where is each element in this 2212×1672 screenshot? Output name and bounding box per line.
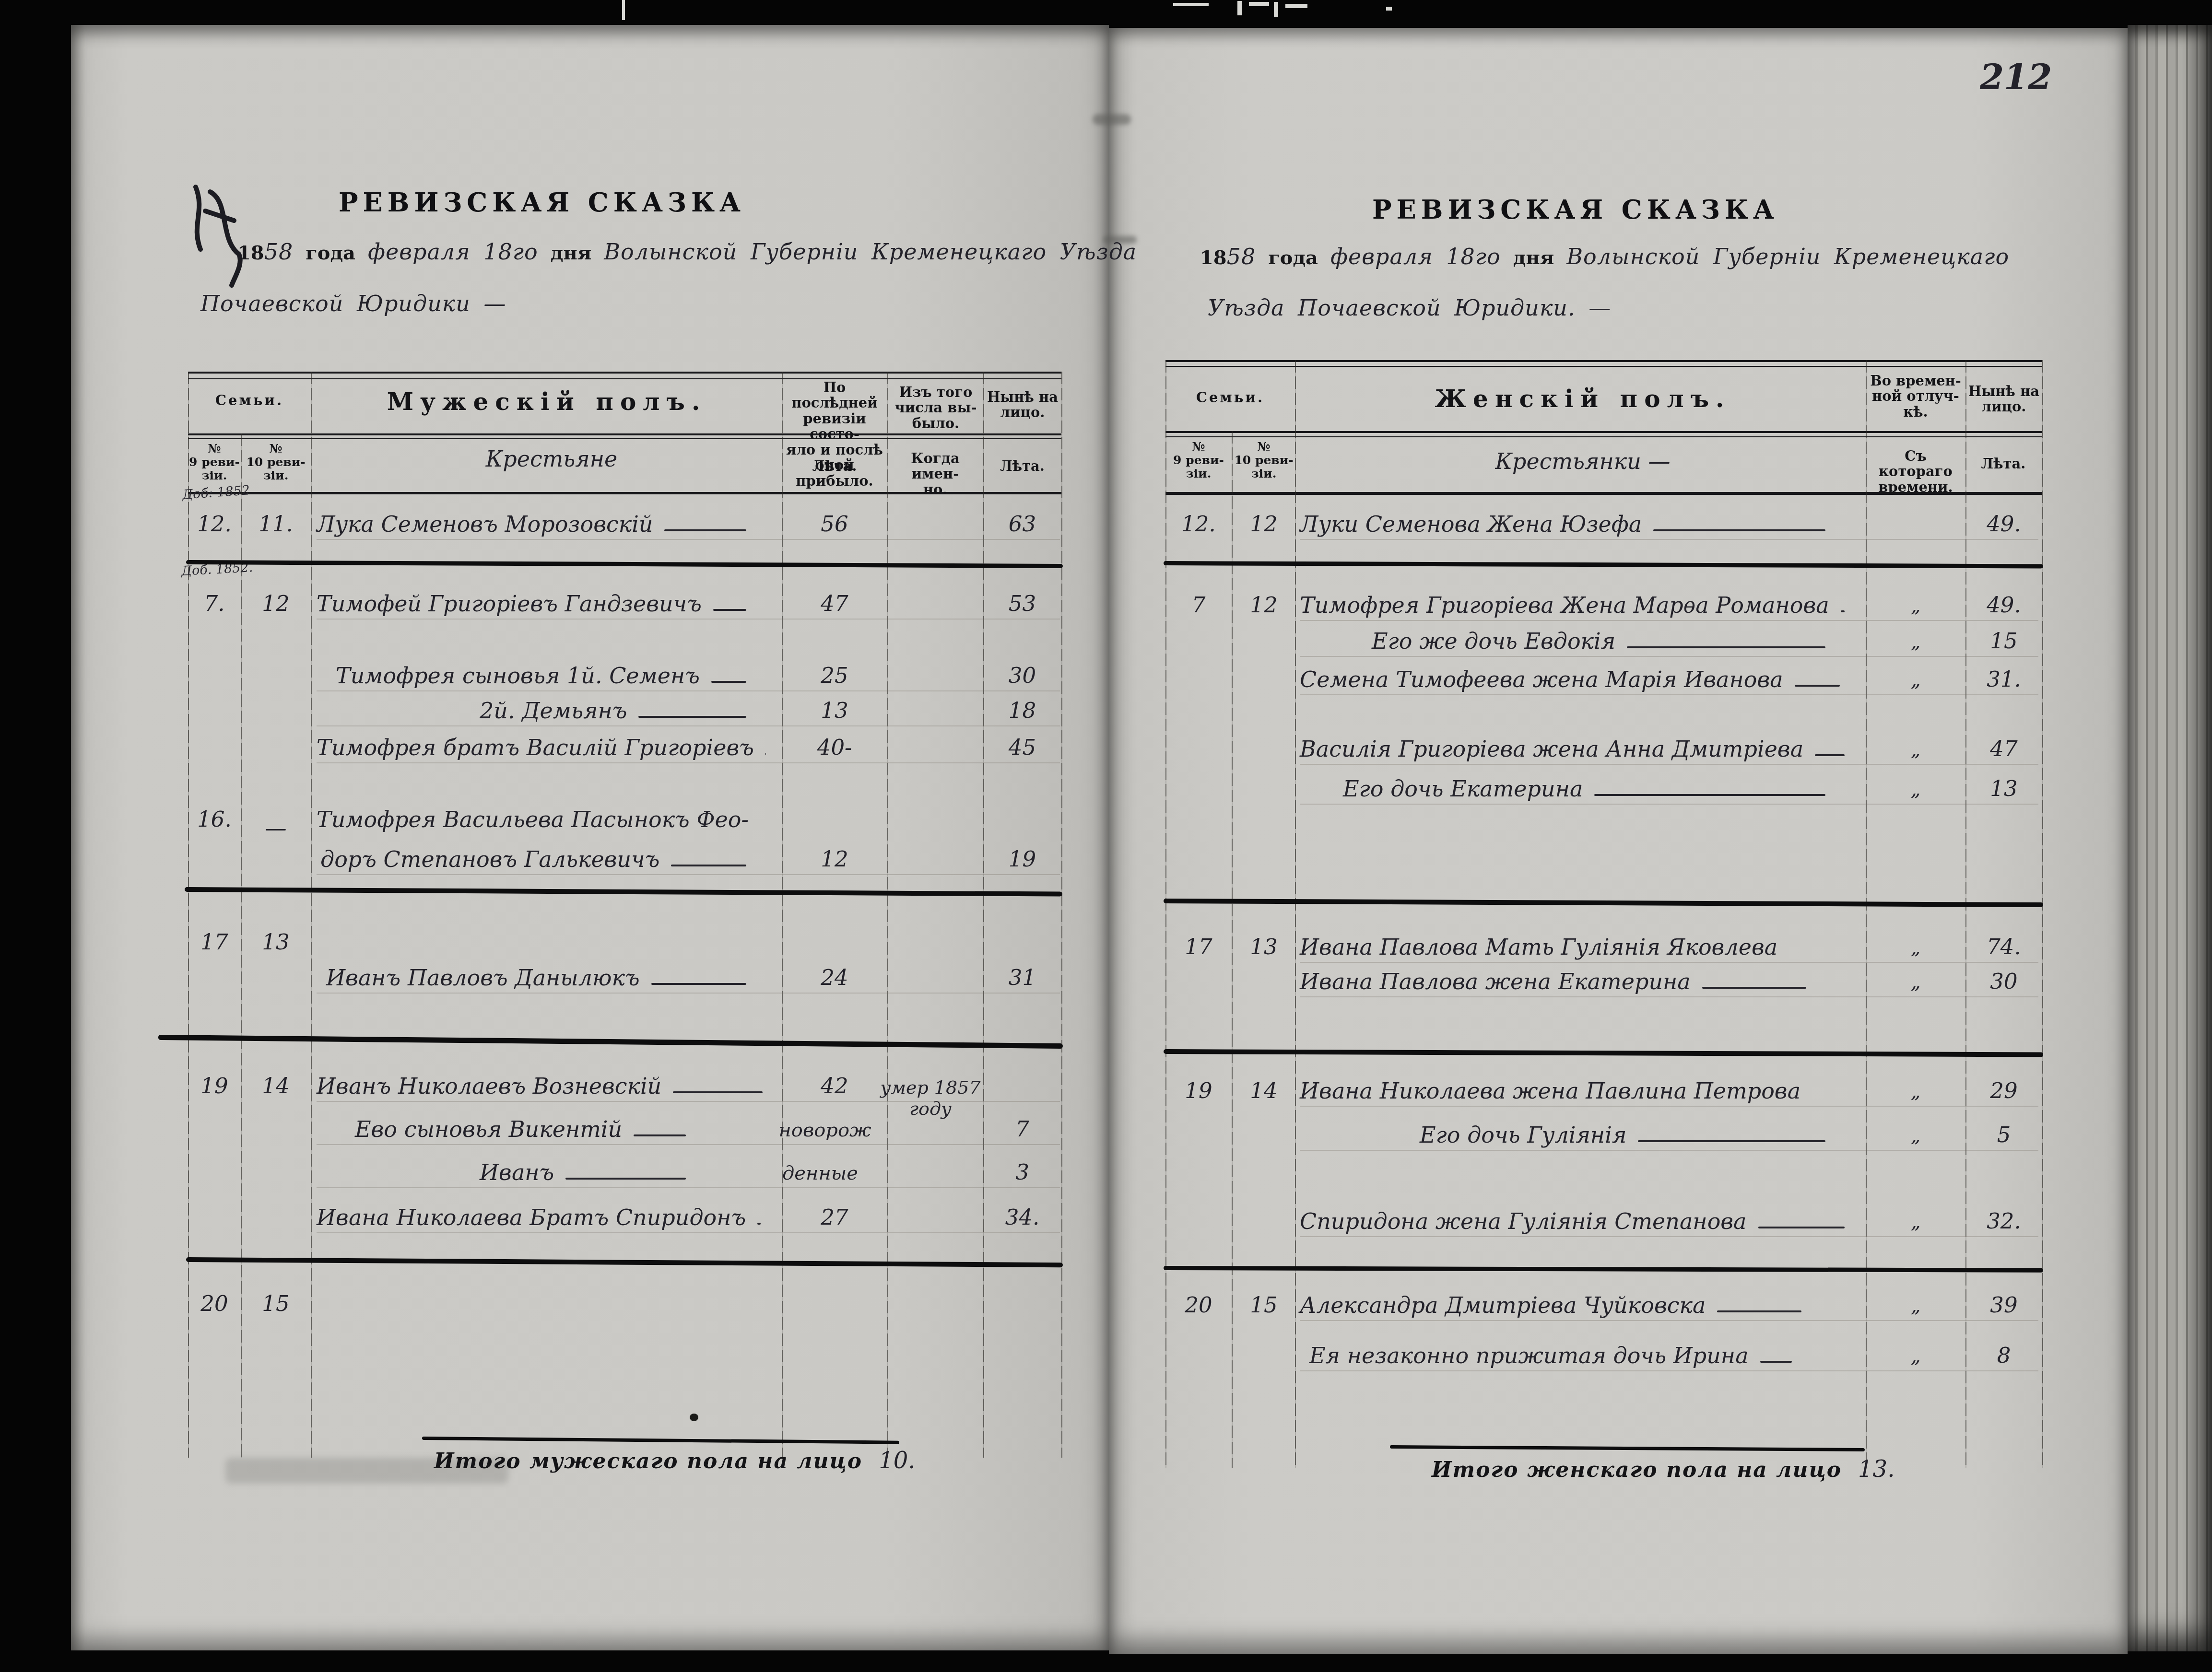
scan-artifact [622,0,625,20]
cell-age-now: 34. [983,1204,1061,1230]
cell-age: 32. [1965,1208,2042,1234]
footer-value: 10. [879,1447,915,1474]
cell-age-prev: 13 [782,698,887,723]
cell-rev10: 11. [242,511,309,537]
scanned-document: РЕВИЗСКАЯ СКАЗКА 1858 года февраля 18го … [0,0,2212,1672]
hw-year: 58 [264,239,294,265]
cell-age: 13 [1965,776,2042,801]
cell-since: „ [1866,778,1965,800]
person-name: доръ Степановъ Галькевичъ [320,846,659,872]
cell-since: „ [1866,1080,1965,1102]
cell-name: Тимофей Григоріевъ Гандзевичъ [317,591,780,617]
scan-artifact [1237,1,1242,15]
ink-underline [757,1223,761,1225]
cell-age: 74. [1965,934,2042,959]
cell-rev10: — [242,815,309,841]
cell-age-prev: 40- [782,735,887,760]
cell-name: Тимофрея сыновья 1й. Семенъ [336,663,780,689]
ink-underline [1758,1227,1845,1228]
cell-rev9: 19 [1165,1078,1232,1103]
table-border [188,372,1061,374]
cell-name: Ивана Павлова жена Екатерина [1300,969,1859,994]
guide-line [1300,1236,2038,1237]
person-name: Василія Григоріева жена Анна Дмитріева [1300,736,1803,762]
person-name: Ивана Павлова Мать Гуліянія Яковлева [1300,934,1777,960]
printed-goda: года [306,242,355,264]
cell-rev10: 13 [242,929,309,955]
cell-name: Семена Тимофеева жена Марія Иванова [1300,666,1859,692]
guide-line [317,762,1060,763]
cell-age-prev: 24 [782,965,887,990]
cell-name: Иванъ Павловъ Данылюкъ [326,965,780,991]
ink-underline [711,681,746,683]
header-departed: Изъ того числа вы- было. [890,385,982,431]
cell-name: Ивана Николаева Братъ Спиридонъ [317,1204,780,1230]
cell-name: Тимофрея Васильева Пасынокъ Фео- [317,807,780,832]
printed-goda: года [1268,246,1318,269]
printed-year-prefix: 18 [237,242,264,264]
cell-since: „ [1866,738,1965,760]
cell-name: Александра Дмитріева Чуйковска [1300,1292,1859,1318]
header-rev9: № 9 реви- зіи. [1165,440,1232,480]
header-rev9: № 9 реви- зіи. [188,442,241,482]
guide-line [1300,539,2038,540]
footer-label: Итого женскаго пола на лицо [1432,1458,1842,1482]
header-sex: Мужескій полъ. [317,387,777,416]
cell-age-prev: 56 [782,511,887,537]
header-years-prev: Лѣта. [782,458,887,474]
cell-age: 49. [1965,592,2042,618]
printed-year-prefix: 18 [1200,246,1227,269]
cell-age-now: 3 [983,1159,1061,1185]
guide-line [1300,694,2038,695]
ink-underline [1627,646,1825,648]
cell-age-now: 19 [983,846,1061,872]
ink-underline [1815,754,1845,756]
cell-rev9: 7 [1165,592,1232,618]
cell-since: „ [1866,936,1965,959]
right-date-line2: Уѣзда Почаевской Юридики. — [1208,295,1611,321]
table-border [188,378,1061,379]
cell-age-now: 63 [983,511,1061,537]
cell-age-now: 7 [983,1116,1061,1142]
cell-name: Ивана Павлова Мать Гуліянія Яковлева [1300,934,1859,960]
person-name: Спиридона жена Гуліянія Степанова [1300,1208,1747,1234]
header-category-hw: Крестьяне [384,446,719,472]
cell-rev10: 15 [242,1291,309,1316]
person-name: Тимофей Григоріевъ Гандзевичъ [317,591,702,617]
cell-age-prev: 47 [782,591,887,616]
cell-age: 47 [1965,736,2042,761]
cell-rev9: 12. [1165,511,1232,537]
ink-underline [664,529,746,531]
table-border [1165,360,2042,362]
cell-name: Ево сыновья Викентій [355,1116,691,1142]
guide-line [317,1144,1060,1145]
cell-age-now: 31 [983,965,1061,990]
person-name: Тимофрея братъ Василій Григоріевъ [317,735,754,760]
person-name: Ея незаконно прижитая дочь Ирина [1309,1343,1749,1368]
ink-scribble [186,182,263,292]
cell-age-prev: денные [758,1162,882,1184]
cell-rev9: 17 [1165,934,1232,959]
header-present: Нынѣ на лицо. [1966,384,2041,415]
cell-rev9: 20 [1165,1292,1232,1318]
cell-since: „ [1866,1345,1965,1367]
person-name: Ивана Николаева жена Павлина Петрова [1300,1078,1800,1104]
cell-age: 5 [1965,1122,2042,1147]
guide-line [1300,1370,2038,1371]
hw-year: 58 [1227,244,1256,269]
cell-name: Иванъ Николаевъ Возневскій [317,1073,780,1099]
ink-blot [690,1414,698,1421]
cell-age: 30 [1965,969,2042,994]
person-name: 2й. Демьянъ [480,698,627,724]
hw-place: Волынской Губерніи Кременецкаго Уѣзда [604,239,1137,265]
cell-age: 49. [1965,511,2042,537]
ink-underline [713,609,746,611]
cell-name: Тимофрея братъ Василій Григоріевъ [317,735,780,760]
cell-rev10: 14 [1233,1078,1295,1103]
cell-name: 2й. Демьянъ [480,698,780,724]
cell-age: 8 [1965,1343,2042,1368]
person-name: Лука Семеновъ Морозовскій [317,511,653,537]
cell-rev10: 14 [242,1073,309,1099]
cell-name: Его же дочь Евдокія [1372,628,1859,654]
guide-line [317,993,1060,994]
left-title: РЕВИЗСКАЯ СКАЗКА [269,187,815,218]
ink-underline [1760,1361,1792,1363]
hw-place: Волынской Губерніи Кременецкаго [1566,244,2009,269]
guide-line [317,1187,1060,1188]
ink-underline [1717,1310,1801,1312]
cell-age-now: 18 [983,698,1061,723]
person-name: Иванъ Павловъ Данылюкъ [326,965,640,991]
scan-artifact [1285,4,1307,8]
cell-rev10: 15 [1233,1292,1295,1318]
ink-underline [565,1178,686,1180]
hw-month-day: февраля 18го [368,239,538,265]
person-name: Его дочь Екатерина [1343,776,1583,802]
header-present: Нынѣ на лицо. [984,389,1061,421]
header-when: Когда имен- но. [888,451,982,497]
guide-line [1300,656,2038,657]
footer-value: 13. [1858,1456,1894,1483]
cell-rev10: 12 [1233,592,1295,618]
hw-month-day: февраля 18го [1330,244,1501,269]
table-border [188,433,1061,435]
header-since: Съ котораго времени. [1867,448,1965,495]
header-family: Семьи. [1165,389,1295,406]
person-name: Тимофрея сыновья 1й. Семенъ [336,663,700,689]
cell-name: Его дочь Гуліянія [1420,1122,1859,1148]
person-name: Его же дочь Евдокія [1372,628,1615,654]
column-line [1061,372,1062,1458]
left-date-line: 1858 года февраля 18го дня Волынской Губ… [237,239,1137,265]
cell-since: „ [1866,1295,1965,1317]
column-line [311,372,312,1458]
left-date-line2: Почаевской Юридики — [200,291,506,316]
person-name: Ивана Николаева Братъ Спиридонъ [317,1204,746,1230]
cell-name: Иванъ [480,1159,691,1185]
table-border [1165,436,2042,437]
guide-line [1300,620,2038,621]
guide-line [317,619,1060,620]
person-name: Ивана Павлова жена Екатерина [1300,969,1691,994]
header-rev10: № 10 реви- зіи. [1233,440,1295,480]
cell-since: „ [1866,669,1965,691]
ink-underline [1841,610,1845,612]
cell-since: „ [1866,971,1965,993]
ink-underline [1795,685,1840,687]
cell-since: „ [1866,631,1965,653]
footer-label: Итого мужескаго пола на лицо [434,1449,862,1473]
guide-line [1300,996,2038,997]
cell-age-now: 45 [983,735,1061,760]
ink-underline [1638,1140,1825,1142]
table-border [1165,366,2042,367]
guide-line [1300,1106,2038,1107]
table-border [188,438,1061,439]
right-title: РЕВИЗСКАЯ СКАЗКА [1295,194,1856,225]
cell-rev9: 16. [188,807,241,832]
cell-name: Ея незаконно прижитая дочь Ирина [1309,1343,1859,1368]
cell-rev9: 19 [188,1073,241,1099]
column-line [1295,360,1296,1468]
person-name: Луки Семенова Жена Юзефа [1300,511,1642,537]
guide-line [317,725,1060,726]
header-years-now: Лѣта. [983,458,1061,474]
guide-line [317,1101,1060,1102]
person-name: Семена Тимофеева жена Марія Иванова [1300,666,1783,692]
scan-artifact [1386,7,1392,11]
guide-line [1300,1320,2038,1321]
person-name: Ево сыновья Викентій [355,1116,622,1142]
ink-underline [1702,987,1806,989]
printed-dnya: дня [1513,246,1554,269]
person-name: Тимофрея Васильева Пасынокъ Фео- [317,807,749,832]
cell-name: Василія Григоріева жена Анна Дмитріева [1300,736,1859,762]
cell-age: 39 [1965,1292,2042,1318]
ink-underline [1594,794,1825,796]
scan-artifact [1173,3,1209,6]
cell-age-now: 30 [983,663,1061,688]
header-family: Семьи. [188,392,311,409]
cell-name: Лука Семеновъ Морозовскій [317,511,780,537]
cell-departed-when: умер 1857 году [859,1077,1002,1119]
scan-artifact [1274,2,1278,17]
ink-underline [651,983,746,985]
ink-underline [671,865,746,866]
cell-age-prev: 27 [782,1204,887,1230]
cell-since: „ [1866,1211,1965,1233]
cell-age: 31. [1965,666,2042,692]
cell-age: 15 [1965,628,2042,654]
header-category-hw: Крестьянки — [1391,448,1775,474]
person-name: Иванъ [480,1159,554,1185]
cell-age-prev: новорож [763,1119,887,1141]
page-edge-stack [2128,25,2212,1651]
column-line [2042,360,2043,1468]
cell-rev9: 12. [188,511,241,537]
cell-name: доръ Степановъ Галькевичъ [320,846,780,872]
guide-line [317,874,1060,875]
ink-underline [1653,529,1825,531]
printed-dnya: дня [551,242,592,264]
hw-place2: Почаевской Юридики — [200,291,506,316]
guide-line [1300,1150,2038,1151]
ink-underline [638,716,746,718]
table-border [1165,431,2042,433]
guide-line [317,539,1060,540]
person-name: Иванъ Николаевъ Возневскій [317,1073,661,1099]
column-line [241,433,242,1458]
guide-line [1300,962,2038,963]
cell-name: Ивана Николаева жена Павлина Петрова [1300,1078,1859,1104]
header-absence: Во времен- ной отлуч- кѣ. [1867,373,1965,420]
cell-rev10: 12 [242,591,309,616]
hw-place2: Уѣзда Почаевской Юридики. — [1208,295,1611,321]
scan-artifact [1249,2,1269,6]
guide-line [1300,804,2038,805]
guide-line [317,690,1060,691]
cell-rev10: 12 [1233,511,1295,537]
header-years: Лѣта. [1965,456,2041,472]
cell-age-prev: 25 [782,663,887,688]
cell-name: Луки Семенова Жена Юзефа [1300,511,1859,537]
left-footer: Итого мужескаго пола на лицо 10. [434,1447,915,1474]
header-rev10: № 10 реви- зіи. [242,442,310,482]
cell-age-prev: 12 [782,846,887,872]
cell-since: „ [1866,595,1965,617]
right-page [1109,28,2128,1654]
person-name: Его дочь Гуліянія [1420,1122,1626,1148]
ink-underline [673,1091,763,1093]
cell-rev9: 7. [188,591,241,616]
cell-name: Спиридона жена Гуліянія Степанова [1300,1208,1859,1234]
right-date-line: 1858 года февраля 18го дня Волынской Губ… [1200,244,2009,269]
cell-name: Тимофрея Григоріева Жена Марѳа Романова [1300,592,1859,618]
cell-since: „ [1866,1124,1965,1146]
binding-smudge [1093,114,1131,125]
person-name: Тимофрея Григоріева Жена Марѳа Романова [1300,592,1829,618]
page-number: 212 [1980,57,2052,97]
cell-age: 29 [1965,1078,2042,1103]
cell-name: Его дочь Екатерина [1343,776,1859,802]
column-line [887,372,888,1458]
cell-rev9: 17 [188,929,241,955]
ink-underline [634,1134,686,1136]
person-name: Александра Дмитріева Чуйковска [1300,1292,1706,1318]
right-footer: Итого женскаго пола на лицо 13. [1432,1456,1894,1483]
cell-age-now: 53 [983,591,1061,616]
cell-rev10: 13 [1233,934,1295,959]
guide-line [317,1232,1060,1233]
guide-line [1300,764,2038,765]
cell-rev9: 20 [188,1291,241,1316]
header-sex: Женскій полъ. [1305,385,1861,413]
